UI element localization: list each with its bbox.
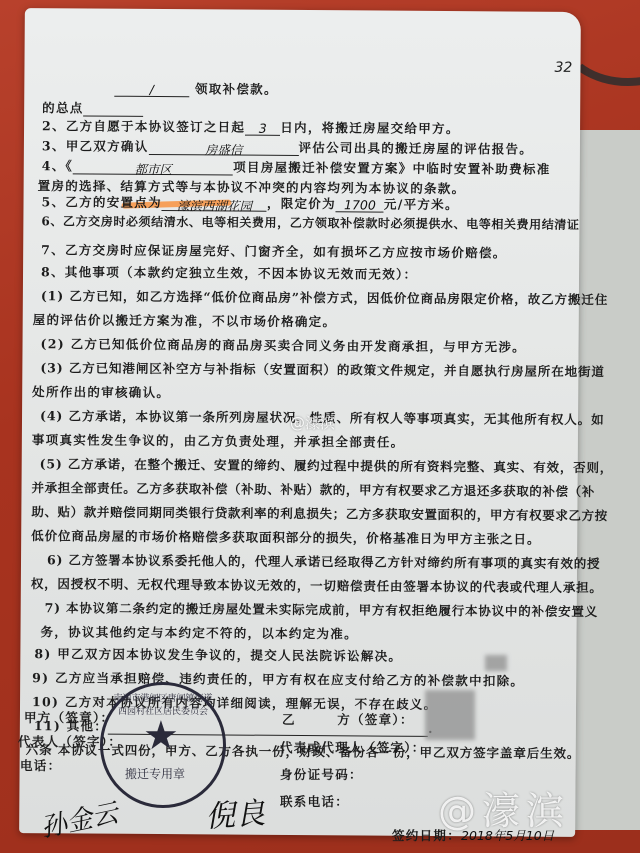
item-line: 助、贴）款并赔偿同期同类银行贷款利率的利息损失；乙方多获取安置面积的，甲方有权要…	[31, 502, 608, 524]
item-line: 事项真实性发生争议的，由乙方负责处理，并承担全部责任。	[32, 430, 405, 451]
item-line: 9) 乙方应当承担赔偿、违约责任的，甲方有权在应支付给乙方的补偿款中扣除。	[32, 668, 524, 689]
party-b-rep-label: 代表或代理人（签字）：	[280, 738, 426, 756]
party-b-phone-label: 联系电话：	[280, 792, 349, 810]
item-line: 低价位商品房屋的市场价格赔偿多获取面积部分的损失，价格基准日为甲方主张之日。	[31, 526, 540, 548]
party-b-id-label: 身份证号码：	[280, 765, 363, 783]
item-line: (5) 乙方承诺，在整个搬迁、安置的缔约、履约过程中提供的所有资料完整、真实、有…	[40, 454, 614, 476]
redacted-name	[425, 690, 475, 740]
clause-3: 3、甲乙双方确认房盛信评估公司出具的搬迁房屋的评估报告。	[42, 136, 533, 157]
line-1: 的总点	[42, 98, 144, 117]
item-line: 7) 本协议第二条约定的搬迁房屋处置未实际完成前，甲方有权拒绝履行本协议中的补偿…	[45, 598, 598, 620]
item-line: 6) 乙方签署本协议系委托他人的，代理人承诺已经取得乙方针对缔约所有事项的真实有…	[47, 550, 600, 572]
clause-7: 7、乙方交房时应保证房屋完好、门窗齐全，如有损坏乙方应按市场价赔偿。	[41, 240, 507, 261]
star-icon: ★	[143, 713, 179, 759]
line-0: / 领取补偿款。	[114, 79, 278, 98]
page-number: 32	[554, 60, 572, 76]
clause-2: 2、乙方自愿于本协议签订之日起3日内，将搬迁房屋交给甲方。	[42, 116, 460, 137]
item-line: 屋的评估价以搬迁方案为准，不以市场价格确定。	[33, 310, 337, 330]
item-line: (3) 乙方已知港闸区补空方与补指标（安置面积）的政策文件规定，并自愿执行房屋所…	[40, 358, 605, 380]
party-a-sign-label: 甲方（签章）：	[24, 708, 114, 726]
watermark: @濠滨	[438, 780, 570, 835]
clause-4: 4、《都市区项目房屋搬迁补偿安置方案》中临时安置补助费标准	[42, 156, 551, 178]
watermark: @濠滨	[290, 412, 335, 433]
item-line: 权，因授权不明、无权代理导致本协议无效的，一切赔偿责任由签署本协议的代表或代理人…	[31, 574, 603, 596]
item-line: 并承担全部责任。乙方多获取补偿（补助、补贴）款的，甲方有权要求乙方退还多获取的补…	[31, 478, 594, 500]
item-line: (1) 乙方已知，如乙方选择“低价位商品房”补偿方式，因低价位商品房限定价格，故…	[41, 286, 608, 308]
official-stamp: 南通市港闸区唐闸镇街道西园村社区居民委员会 ★ 搬迁专用章	[100, 682, 226, 808]
clause-8-title: 8、其他事项（本款约定独立生效，不因本协议无效而无效）：	[41, 262, 417, 283]
redacted-text	[485, 655, 507, 671]
item-line: 8) 甲乙双方因本协议发生争议的，提交人民法院诉讼解决。	[34, 644, 402, 665]
party-b-sign-label: 乙 方（签章）：	[282, 710, 414, 728]
clause-6: 6、乙方交房时必须结清水、电等相关费用，乙方领取补偿款时必须提供水、电等相关费用…	[41, 212, 579, 233]
clause-5: 5、乙方的安置点为濠滨西湖花园，限定价为1700元/平方米。	[41, 192, 458, 213]
item-line: 处所作出的审核确认。	[32, 382, 170, 401]
item-line: 务，协议其他约定与本约定不符的，以本约定为准。	[40, 622, 358, 642]
party-a-phone-label: 电话：	[20, 756, 61, 774]
item-line: (2) 乙方已知低价位商品房的商品房买卖合同义务由开发商承担，与甲方无涉。	[40, 334, 526, 355]
handwritten-signature: 倪良	[204, 788, 267, 836]
